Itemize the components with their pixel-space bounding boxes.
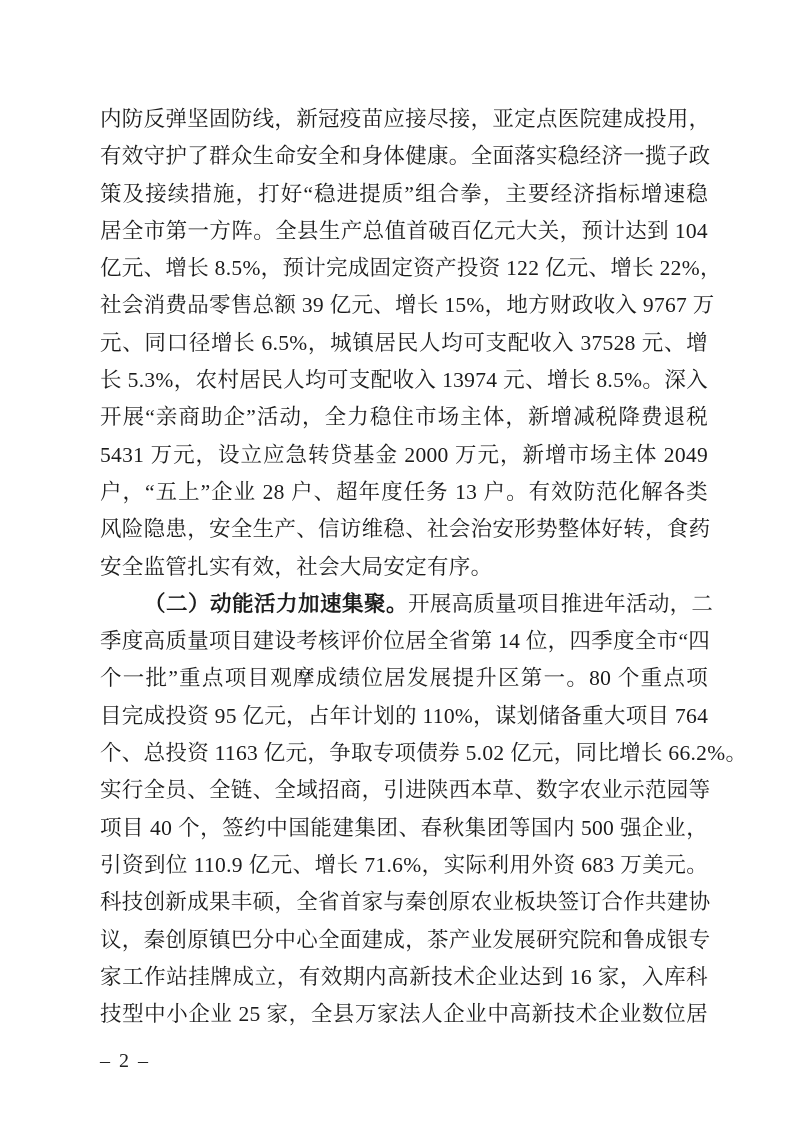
text-line: 元、同口径增长 6.5%，城镇居民人均可支配收入 37528 元、增 (100, 325, 708, 362)
text-line: 开展“亲商助企”活动，全力稳住市场主体，新增减税降费退税 (100, 399, 708, 436)
line-text: 项目 40 个，签约中国能建集团、春秋集团等国内 500 强企业， (100, 816, 708, 840)
line-text: 开展高质量项目推进年活动，二 (408, 592, 713, 616)
line-text: 亿元、增长 8.5%，预计完成固定资产投资 122 亿元、增长 22%， (100, 256, 722, 280)
text-line: 内防反弹坚固防线，新冠疫苗应接尽接，亚定点医院建成投用， (100, 101, 708, 138)
line-text: 社会消费品零售总额 39 亿元、增长 15%，地方财政收入 9767 万 (100, 293, 715, 317)
line-text: 长 5.3%，农村居民人均可支配收入 13974 元、增长 8.5%。深入 (100, 368, 708, 392)
text-line: 目完成投资 95 亿元，占年计划的 110%，谋划储备重大项目 764 (100, 698, 708, 735)
text-line: 家工作站挂牌成立，有效期内高新技术企业达到 16 家，入库科 (100, 959, 708, 996)
text-line: 有效守护了群众生命安全和身体健康。全面落实稳经济一揽子政 (100, 138, 708, 175)
line-text: 家工作站挂牌成立，有效期内高新技术企业达到 16 家，入库科 (100, 965, 708, 989)
line-text: 引资到位 110.9 亿元、增长 71.6%，实际利用外资 683 万美元。 (100, 853, 708, 877)
text-line: 项目 40 个，签约中国能建集团、春秋集团等国内 500 强企业， (100, 810, 708, 847)
line-text: 议，秦创原镇巴分中心全面建成，茶产业发展研究院和鲁成银专 (100, 928, 710, 952)
page-number: – 2 – (100, 1048, 150, 1074)
text-line: 风险隐患，安全生产、信访维稳、社会治安形势整体好转，食药 (100, 511, 708, 548)
text-line: 户，“五上”企业 28 户、超年度任务 13 户。有效防范化解各类 (100, 474, 708, 511)
text-line: 5431 万元，设立应急转贷基金 2000 万元，新增市场主体 2049 (100, 437, 708, 474)
text-line: 长 5.3%，农村居民人均可支配收入 13974 元、增长 8.5%。深入 (100, 362, 708, 399)
document-body: 内防反弹坚固防线，新冠疫苗应接尽接，亚定点医院建成投用，有效守护了群众生命安全和… (100, 101, 708, 1033)
text-line: 亿元、增长 8.5%，预计完成固定资产投资 122 亿元、增长 22%， (100, 250, 708, 287)
text-line: 居全市第一方阵。全县生产总值首破百亿元大关，预计达到 104 (100, 213, 708, 250)
line-text: 居全市第一方阵。全县生产总值首破百亿元大关，预计达到 104 (100, 219, 708, 243)
text-line: 引资到位 110.9 亿元、增长 71.6%，实际利用外资 683 万美元。 (100, 847, 708, 884)
text-line: 技型中小企业 25 家，全县万家法人企业中高新技术企业数位居 (100, 996, 708, 1033)
document-page: 内防反弹坚固防线，新冠疫苗应接尽接，亚定点医院建成投用，有效守护了群众生命安全和… (0, 0, 793, 1122)
line-text: 5431 万元，设立应急转贷基金 2000 万元，新增市场主体 2049 (100, 443, 708, 467)
line-text: 户，“五上”企业 28 户、超年度任务 13 户。有效防范化解各类 (100, 480, 708, 504)
line-text: 风险隐患，安全生产、信访维稳、社会治安形势整体好转，食药 (100, 517, 710, 541)
text-line: 个、总投资 1163 亿元，争取专项债券 5.02 亿元，同比增长 66.2%。 (100, 735, 708, 772)
text-line: 实行全员、全链、全域招商，引进陕西本草、数字农业示范园等 (100, 772, 708, 809)
text-line: 个一批”重点项目观摩成绩位居发展提升区第一。80 个重点项 (100, 660, 708, 697)
text-line: 策及接续措施，打好“稳进提质”组合拳，主要经济指标增速稳 (100, 176, 708, 213)
line-text: 科技创新成果丰硕，全省首家与秦创原农业板块签订合作共建协 (100, 890, 710, 914)
section-heading: （二）动能活力加速集聚。 (144, 592, 408, 616)
text-line: 科技创新成果丰硕，全省首家与秦创原农业板块签订合作共建协 (100, 884, 708, 921)
line-text: 个一批”重点项目观摩成绩位居发展提升区第一。80 个重点项 (100, 666, 708, 690)
line-text: 安全监管扎实有效，社会大局安定有序。 (100, 555, 492, 579)
line-text: 季度高质量项目建设考核评价位居全省第 14 位，四季度全市“四 (100, 629, 710, 653)
line-text: 实行全员、全链、全域招商，引进陕西本草、数字农业示范园等 (100, 778, 710, 802)
line-text: 开展“亲商助企”活动，全力稳住市场主体，新增减税降费退税 (100, 405, 708, 429)
line-text: 内防反弹坚固防线，新冠疫苗应接尽接，亚定点医院建成投用， (100, 107, 710, 131)
line-text: 策及接续措施，打好“稳进提质”组合拳，主要经济指标增速稳 (100, 182, 708, 206)
line-text: 元、同口径增长 6.5%，城镇居民人均可支配收入 37528 元、增 (100, 331, 708, 355)
text-line: 季度高质量项目建设考核评价位居全省第 14 位，四季度全市“四 (100, 623, 708, 660)
text-line: 议，秦创原镇巴分中心全面建成，茶产业发展研究院和鲁成银专 (100, 922, 708, 959)
line-text: 目完成投资 95 亿元，占年计划的 110%，谋划储备重大项目 764 (100, 704, 708, 728)
line-text: 有效守护了群众生命安全和身体健康。全面落实稳经济一揽子政 (100, 144, 710, 168)
text-line: 社会消费品零售总额 39 亿元、增长 15%，地方财政收入 9767 万 (100, 287, 708, 324)
line-text: 个、总投资 1163 亿元，争取专项债券 5.02 亿元，同比增长 66.2%。 (100, 741, 747, 765)
line-text: 技型中小企业 25 家，全县万家法人企业中高新技术企业数位居 (100, 1002, 708, 1026)
text-line: 安全监管扎实有效，社会大局安定有序。 (100, 549, 708, 586)
text-line: （二）动能活力加速集聚。开展高质量项目推进年活动，二 (100, 586, 708, 623)
